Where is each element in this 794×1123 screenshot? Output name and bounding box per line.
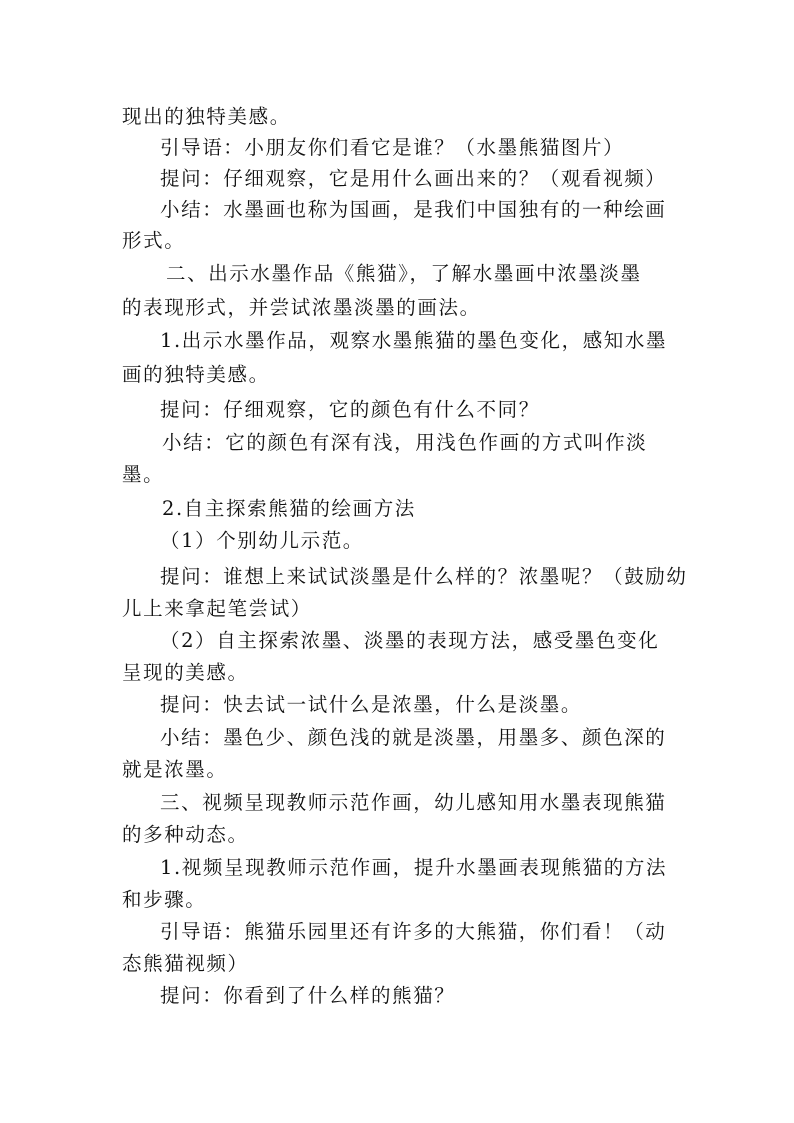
- paragraph-line: 形式。: [122, 229, 667, 253]
- paragraph-line: 态熊猫视频）: [122, 952, 667, 976]
- paragraph-line: 提问：你看到了什么样的熊猫？: [160, 984, 705, 1008]
- paragraph-line: 提问：仔细观察，它是用什么画出来的？（观看视频）: [160, 167, 705, 191]
- paragraph-line: 小结：水墨画也称为国画，是我们中国独有的一种绘画: [160, 198, 705, 222]
- subsection-line: 1.出示水墨作品，观察水墨熊猫的墨色变化，感知水墨: [160, 329, 705, 353]
- paragraph-line: 小结：它的颜色有深有浅，用浅色作画的方式叫作淡: [162, 431, 707, 455]
- paragraph-line: 提问：谁想上来试试淡墨是什么样的？浓墨呢？（鼓励幼: [160, 565, 705, 589]
- subsection-line: 和步骤。: [122, 888, 667, 912]
- subsection-line: 呈现的美感。: [122, 661, 667, 685]
- paragraph-line: 墨。: [122, 463, 667, 487]
- subsection-line: （1）个别幼儿示范。: [160, 529, 705, 553]
- paragraph-line: 提问：快去试一试什么是浓墨，什么是淡墨。: [160, 693, 705, 717]
- paragraph-line: 引导语：熊猫乐园里还有许多的大熊猫，你们看！（动: [160, 920, 705, 944]
- section-heading-line: 二、出示水墨作品《熊猫》，了解水墨画中浓墨淡墨: [166, 262, 711, 286]
- document-page: 现出的独特美感。 引导语：小朋友你们看它是谁？（水墨熊猫图片） 提问：仔细观察，…: [0, 0, 794, 1123]
- paragraph-line: 现出的独特美感。: [122, 105, 667, 129]
- section-heading-line: 的表现形式，并尝试浓墨淡墨的画法。: [122, 296, 667, 320]
- paragraph-line: 儿上来拿起笔尝试）: [122, 597, 667, 621]
- section-heading-line: 的多种动态。: [122, 823, 667, 847]
- paragraph-line: 就是浓墨。: [122, 758, 667, 782]
- paragraph-line: 引导语：小朋友你们看它是谁？（水墨熊猫图片）: [160, 136, 705, 160]
- section-heading-line: 三、视频呈现教师示范作画，幼儿感知用水墨表现熊猫: [160, 791, 705, 815]
- paragraph-line: 小结：墨色少、颜色浅的就是淡墨，用墨多、颜色深的: [160, 726, 705, 750]
- subsection-line: 2.自主探索熊猫的绘画方法: [162, 497, 707, 521]
- paragraph-line: 提问：仔细观察，它的颜色有什么不同？: [160, 398, 705, 422]
- subsection-line: （2）自主探索浓墨、淡墨的表现方法，感受墨色变化: [160, 629, 705, 653]
- subsection-line: 1.视频呈现教师示范作画，提升水墨画表现熊猫的方法: [160, 856, 705, 880]
- subsection-line: 画的独特美感。: [122, 363, 667, 387]
